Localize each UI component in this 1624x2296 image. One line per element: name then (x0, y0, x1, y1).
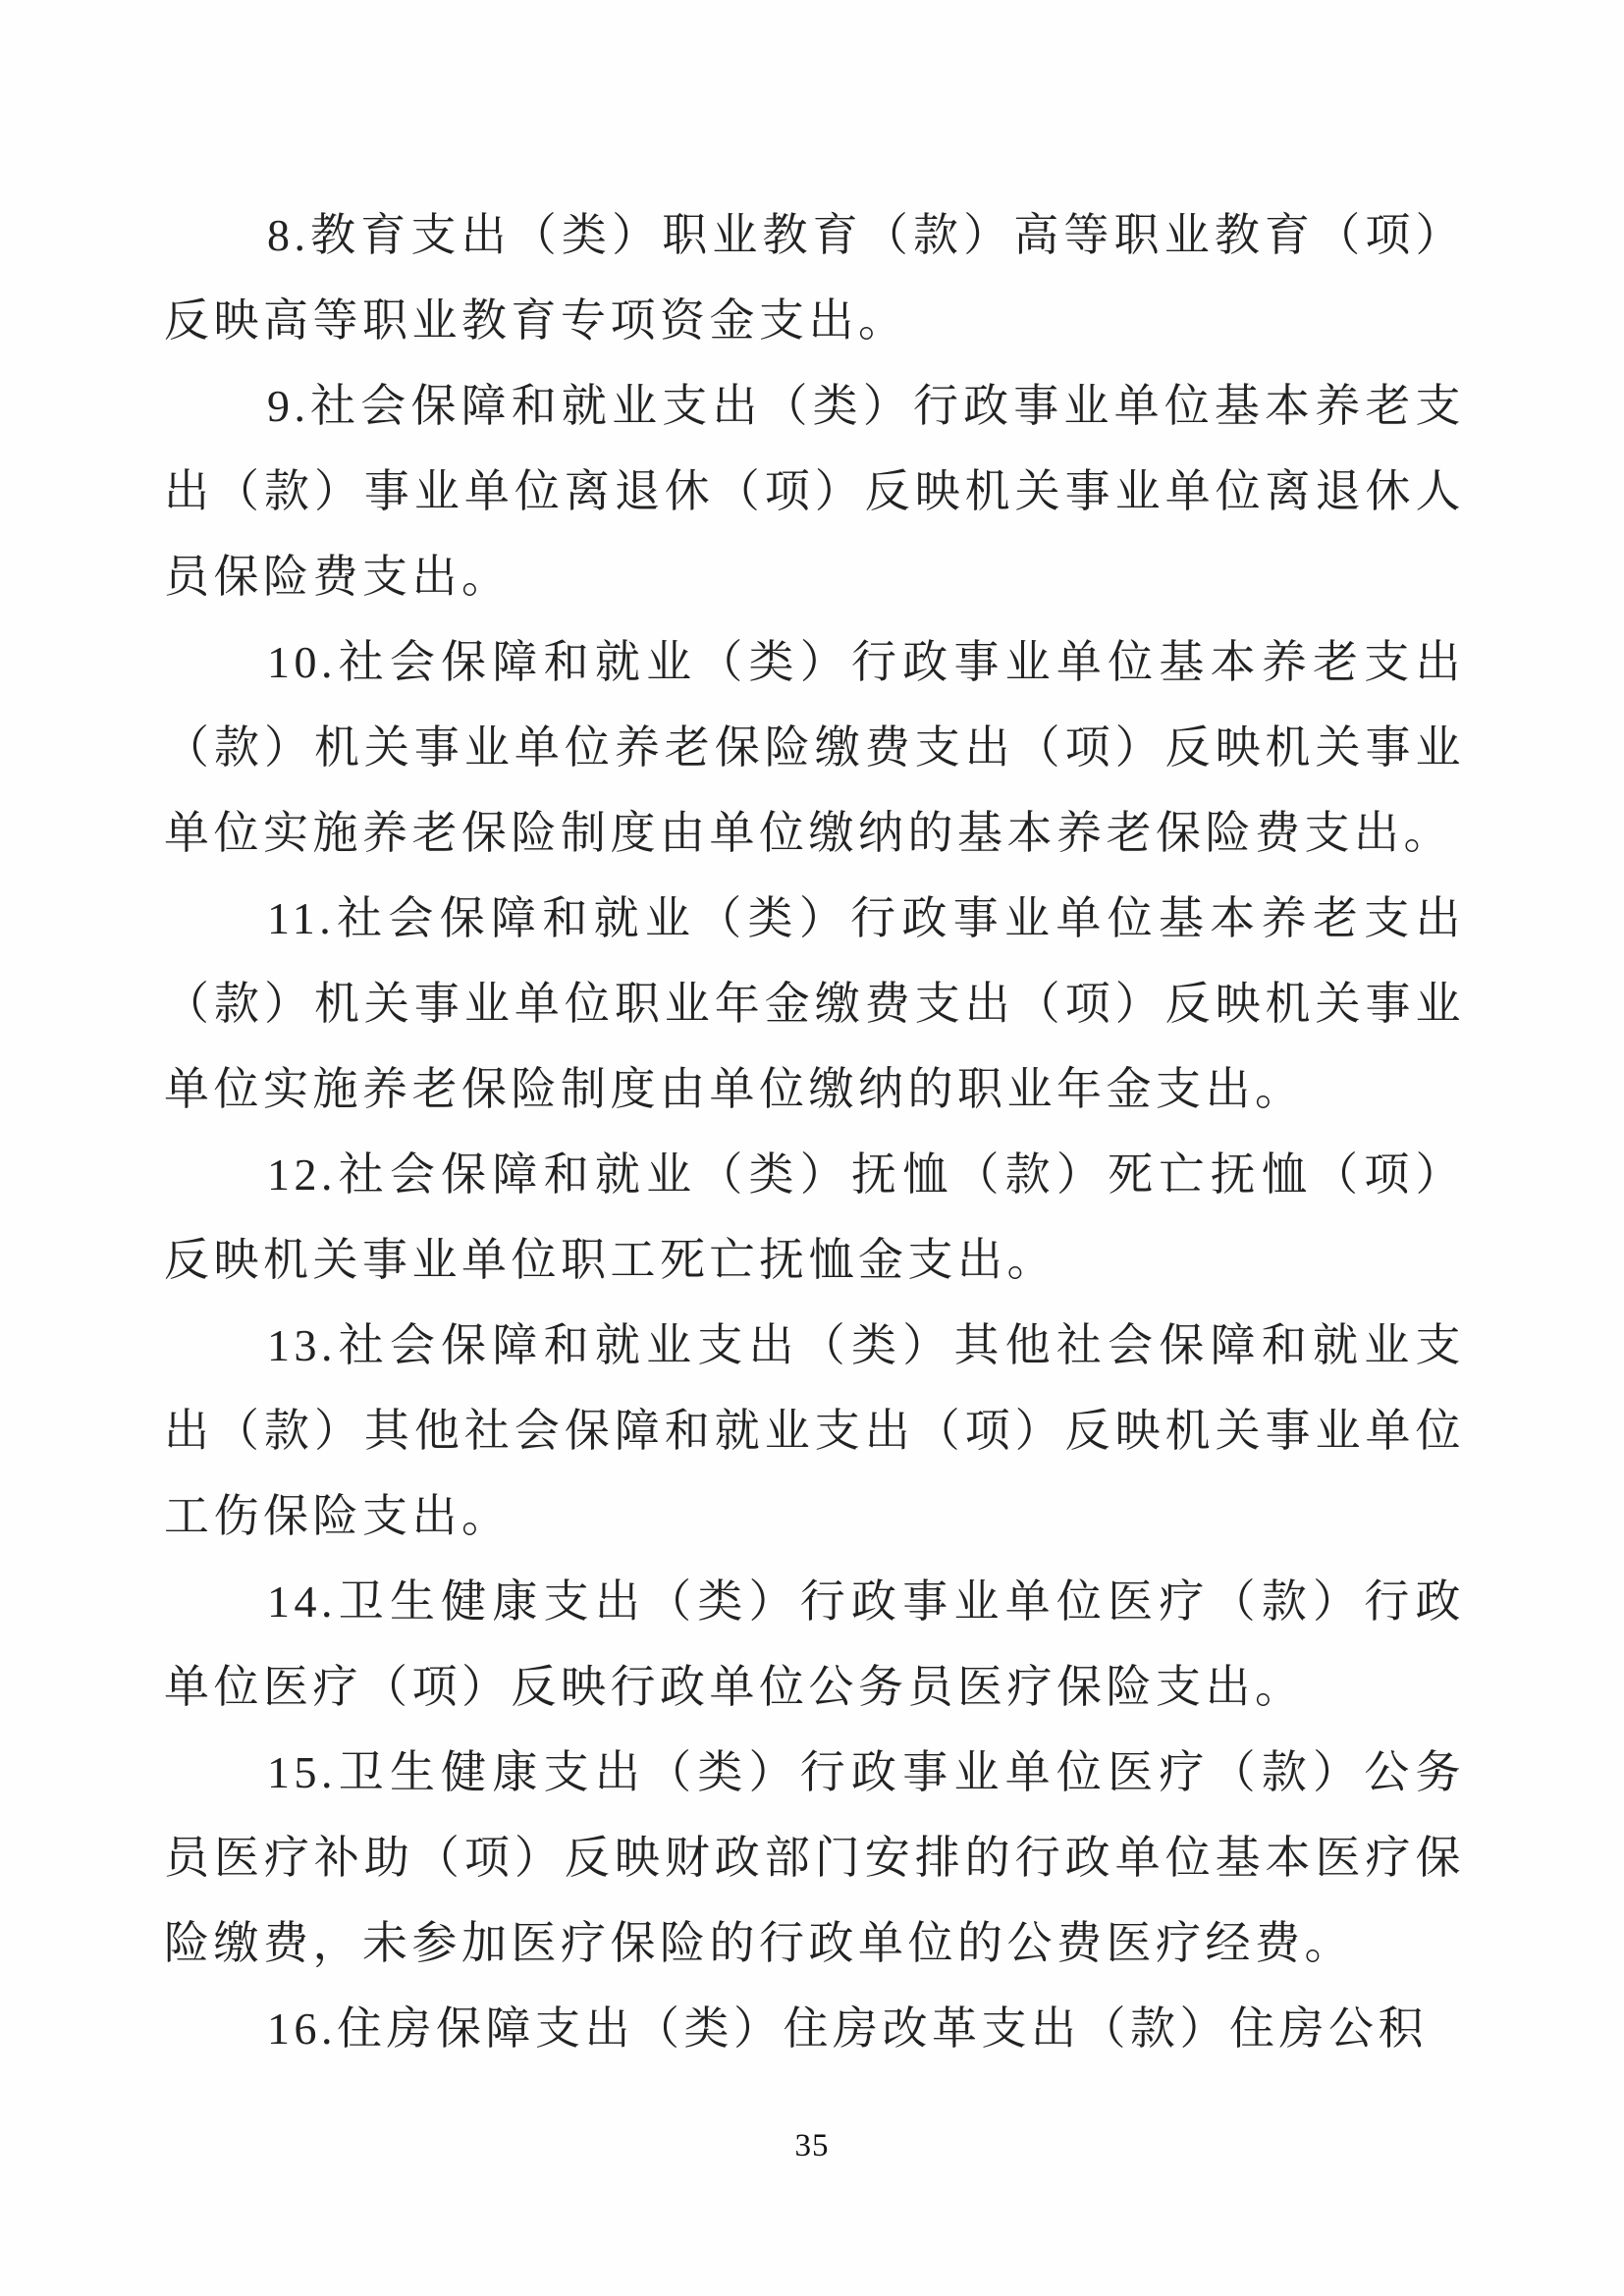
paragraph-item-11: 11.社会保障和就业（类）行政事业单位基本养老支出（款）机关事业单位职业年金缴费… (164, 876, 1465, 1132)
paragraph-item-8: 8.教育支出（类）职业教育（款）高等职业教育（项）反映高等职业教育专项资金支出。 (164, 192, 1465, 363)
paragraph-item-9: 9.社会保障和就业支出（类）行政事业单位基本养老支出（款）事业单位离退休（项）反… (164, 363, 1465, 619)
paragraph-item-10: 10.社会保障和就业（类）行政事业单位基本养老支出（款）机关事业单位养老保险缴费… (164, 619, 1465, 876)
paragraph-item-13: 13.社会保障和就业支出（类）其他社会保障和就业支出（款）其他社会保障和就业支出… (164, 1303, 1465, 1559)
paragraph-item-16: 16.住房保障支出（类）住房改革支出（款）住房公积 (164, 1986, 1465, 2071)
paragraph-item-15: 15.卫生健康支出（类）行政事业单位医疗（款）公务员医疗补助（项）反映财政部门安… (164, 1730, 1465, 1986)
paragraph-item-12: 12.社会保障和就业（类）抚恤（款）死亡抚恤（项）反映机关事业单位职工死亡抚恤金… (164, 1132, 1465, 1303)
document-page: 8.教育支出（类）职业教育（款）高等职业教育（项）反映高等职业教育专项资金支出。… (0, 0, 1624, 2296)
paragraph-item-14: 14.卫生健康支出（类）行政事业单位医疗（款）行政单位医疗（项）反映行政单位公务… (164, 1559, 1465, 1730)
document-body: 8.教育支出（类）职业教育（款）高等职业教育（项）反映高等职业教育专项资金支出。… (164, 192, 1465, 2071)
page-number: 35 (0, 2128, 1624, 2164)
